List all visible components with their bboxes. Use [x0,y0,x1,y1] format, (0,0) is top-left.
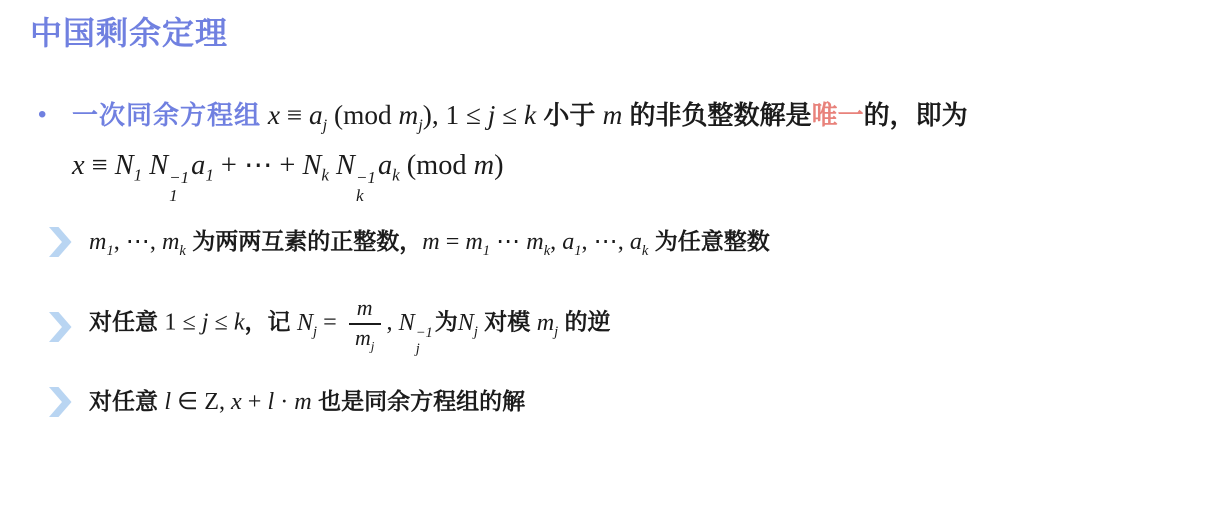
sub-bullet-text: 对任意 1 ≤ j ≤ k，记 Nj = mmj, N−1j为Nj 对模 mj … [89,296,611,358]
sub-bullet-text: 对任意 l ∈ Z, x + l · m 也是同余方程组的解 [89,386,525,419]
sub-bullet-text: m1, ⋯, mk 为两两互素的正整数，m = m1 ⋯ mk, a1, ⋯, … [89,226,770,259]
main-bullet-content: 一次同余方程组 x ≡ aj (mod mj), 1 ≤ j ≤ k 小于 m … [72,94,968,206]
chevron-right-icon [46,386,73,418]
chevron-right-icon [46,311,73,343]
main-bullet: • 一次同余方程组 x ≡ aj (mod mj), 1 ≤ j ≤ k 小于 … [38,94,968,206]
sub-bullet-solutions: 对任意 l ∈ Z, x + l · m 也是同余方程组的解 [46,386,525,419]
sub-bullet-inverse: 对任意 1 ≤ j ≤ k，记 Nj = mmj, N−1j为Nj 对模 mj … [46,296,611,358]
theorem-statement-line: 一次同余方程组 x ≡ aj (mod mj), 1 ≤ j ≤ k 小于 m … [72,94,968,136]
sub-bullet-moduli: m1, ⋯, mk 为两两互素的正整数，m = m1 ⋯ mk, a1, ⋯, … [46,226,770,259]
bullet-dot-icon: • [38,94,72,136]
slide-title: 中国剩余定理 [30,8,228,54]
crt-formula-line: x ≡ N1 N−11a1 + ⋯ + Nk N−1kak (mod m) [72,146,968,206]
chevron-right-icon [46,226,73,258]
